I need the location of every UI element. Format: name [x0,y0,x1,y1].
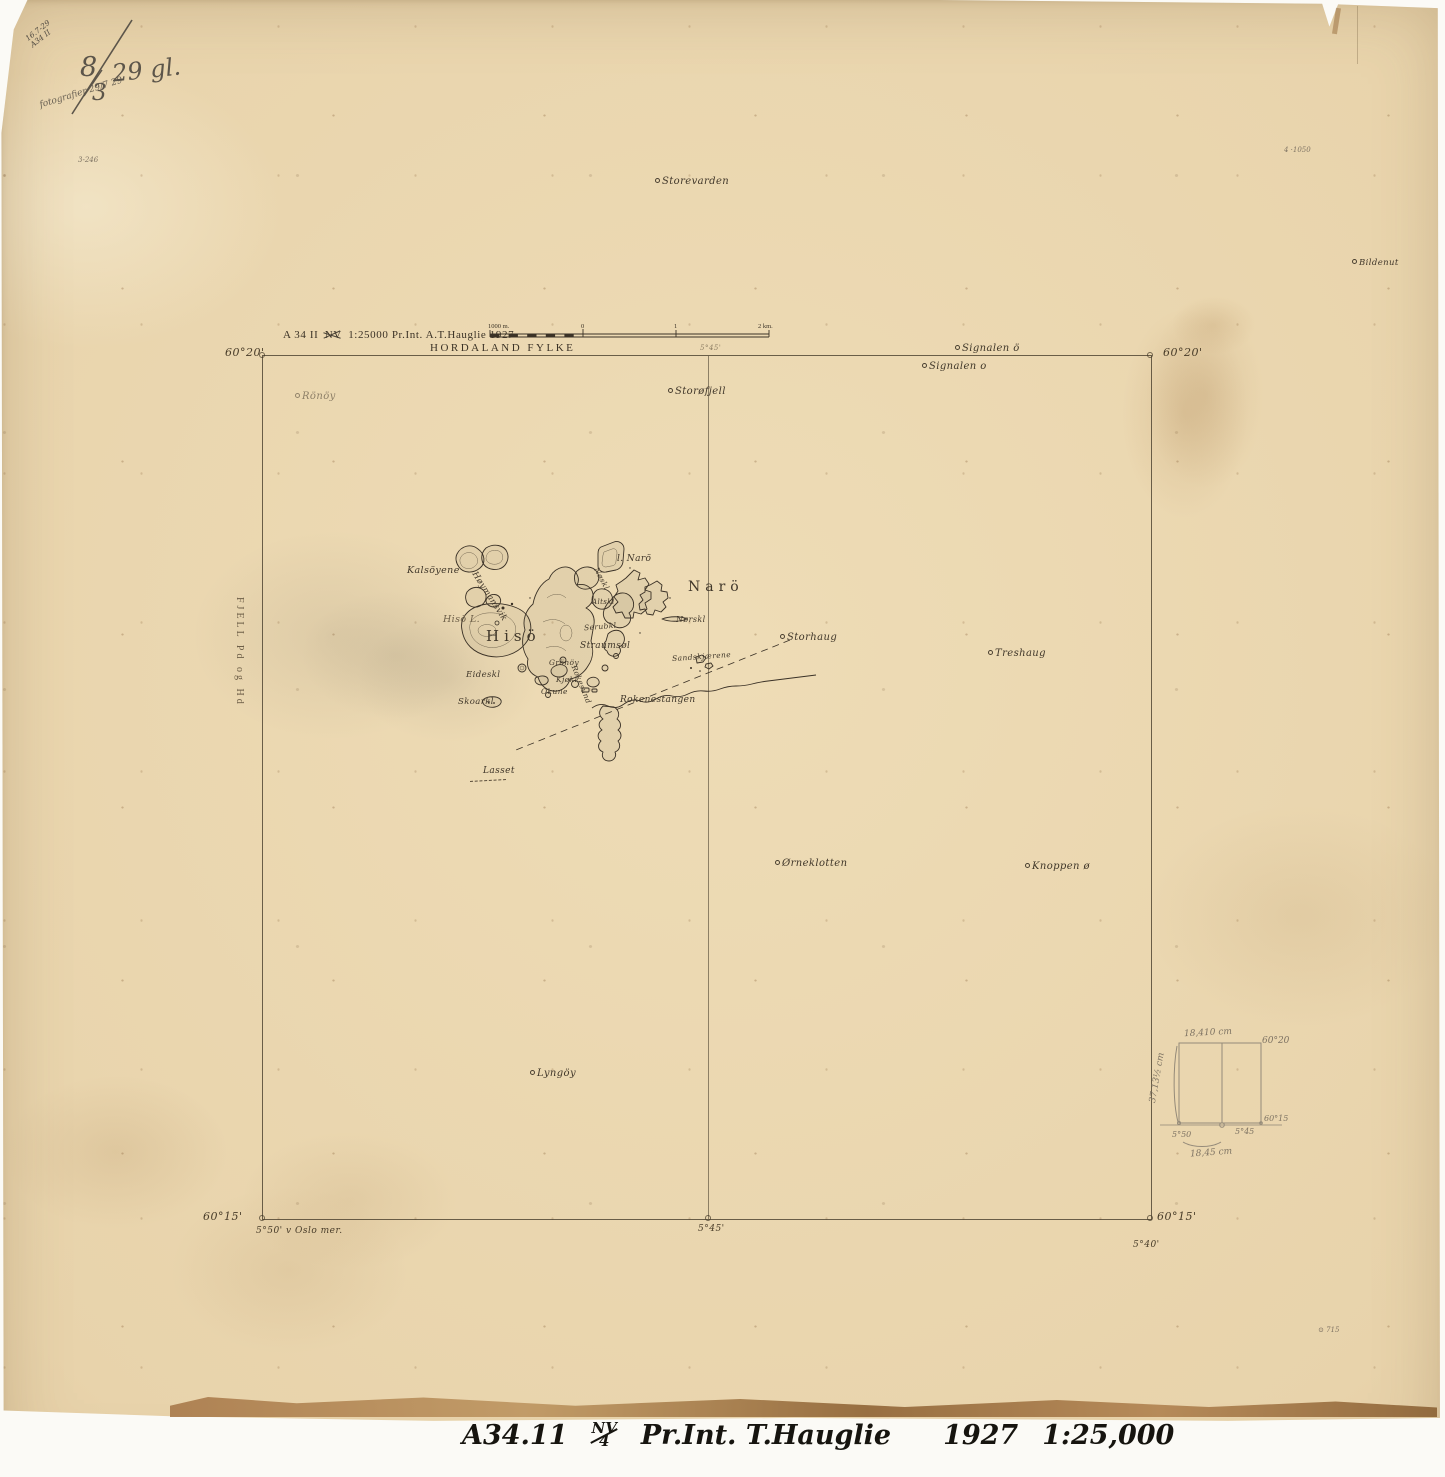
map-label-skoarkl: Skoarkl [458,697,494,707]
lon-bottom-left: 5°50' v Oslo mer. [256,1226,343,1236]
scanned-map-sheet: { "header": { "sheet_id": "A 34 II", "qu… [0,0,1445,1477]
map-label-signalen-o: Signalen ö [955,343,1020,354]
diagram-bottom-right-coord: 60°15 [1264,1114,1288,1123]
handwritten-slash-strokes [20,10,180,140]
scalebar-one: 1 [674,323,677,330]
margin-district-label: FJELL Pd og Hd [234,597,245,707]
map-neatline [262,355,1152,1220]
catalog-quadrant-fraction: NV 4 [592,1422,617,1448]
map-label-l-naro: l. Narö [617,554,651,564]
lat-bottom-left: 60°15' [203,1210,243,1223]
lat-top-right: 60°20' [1163,346,1203,359]
map-label-altskl: Altskl [592,598,615,606]
map-label-storevarden: Storevarden [655,176,729,187]
catalog-scale: 1:25,000 [1042,1420,1174,1451]
corner-node [259,1215,265,1221]
catalog-label-strip: A34.11 NV 4 Pr.Int. T.Hauglie 1927 1:25,… [462,1420,1174,1451]
map-label-lyngoy: Lyngöy [530,1068,576,1079]
map-label-ronoy: Rönöy [295,391,336,402]
lat-top-left: 60°20' [225,346,265,359]
catalog-sheet-id: A34.11 [462,1420,568,1451]
central-meridian-line [708,356,709,1219]
lat-bottom-right: 60°15' [1157,1210,1197,1223]
pencil-mark-left: 3-246 [78,156,98,164]
map-label-straumsol: Straumsøl [580,641,630,651]
map-label-bildenut: Bildenut [1352,258,1399,268]
corner-node [1147,1215,1153,1221]
map-label-norskl: Nørskl [676,615,706,624]
map-label-orneklotten: Ørneklotten [775,858,847,869]
map-label-hiso-l: Hisö L. [443,614,480,625]
catalog-credit: Pr.Int. T.Hauglie [641,1420,891,1451]
scale-bar: 1000 m. 0 1 2 km. [488,322,783,344]
map-label-rokenestangen: Rokenestangen [620,695,696,705]
lon-bottom-right: 5°40' [1133,1240,1160,1250]
pencil-mark-right: 4 ·1050 [1284,146,1311,154]
map-label-treshaug: Treshaug [988,648,1046,659]
catalog-year: 1927 [943,1420,1018,1451]
map-label-storofjell: Storøfjell [668,386,726,397]
lon-bottom-mid: 5°45' [698,1224,725,1234]
sheet-id: A 34 II [283,329,318,341]
map-label-kalsoyene: Kalsöyene [407,565,460,576]
scalebar-left-label: 1000 m. [488,323,510,330]
diagram-lon-right: 5°45 [1235,1127,1254,1136]
map-label-lasset: Lasset [483,766,515,776]
scalebar-right-label: 2 km. [758,323,773,330]
scalebar-zero: 0 [581,323,584,330]
pencil-mark-bottom-right: ⊙ 715 [1318,1326,1339,1334]
diagram-top-right-coord: 60°20 [1262,1036,1289,1046]
sheet-title-line: A 34 II NV 1:25000 Pr.Int. A.T.Hauglie 1… [283,329,514,341]
sheet-scale: 1:25000 [348,329,388,341]
lon-top-mid: 5°45' [700,344,721,352]
map-label-naro: Narö [688,579,744,595]
sheet-quadrant-struck: NV [325,329,342,341]
map-label-storhaug: Storhaug [780,632,837,643]
meridian-node [705,1215,711,1221]
corner-node [1147,352,1153,358]
diagram-lon-left: 5°50 [1172,1130,1191,1139]
paper-crease [1357,6,1358,64]
map-label-hiso: Hisö [486,627,541,645]
map-label-okune: Okune [541,687,568,696]
map-label-signalen: Signalen o [922,361,987,372]
islands-illustration [400,538,850,768]
map-label-eideskl: Eideskl [466,670,500,680]
map-label-knoppen: Knoppen ø [1025,861,1090,872]
